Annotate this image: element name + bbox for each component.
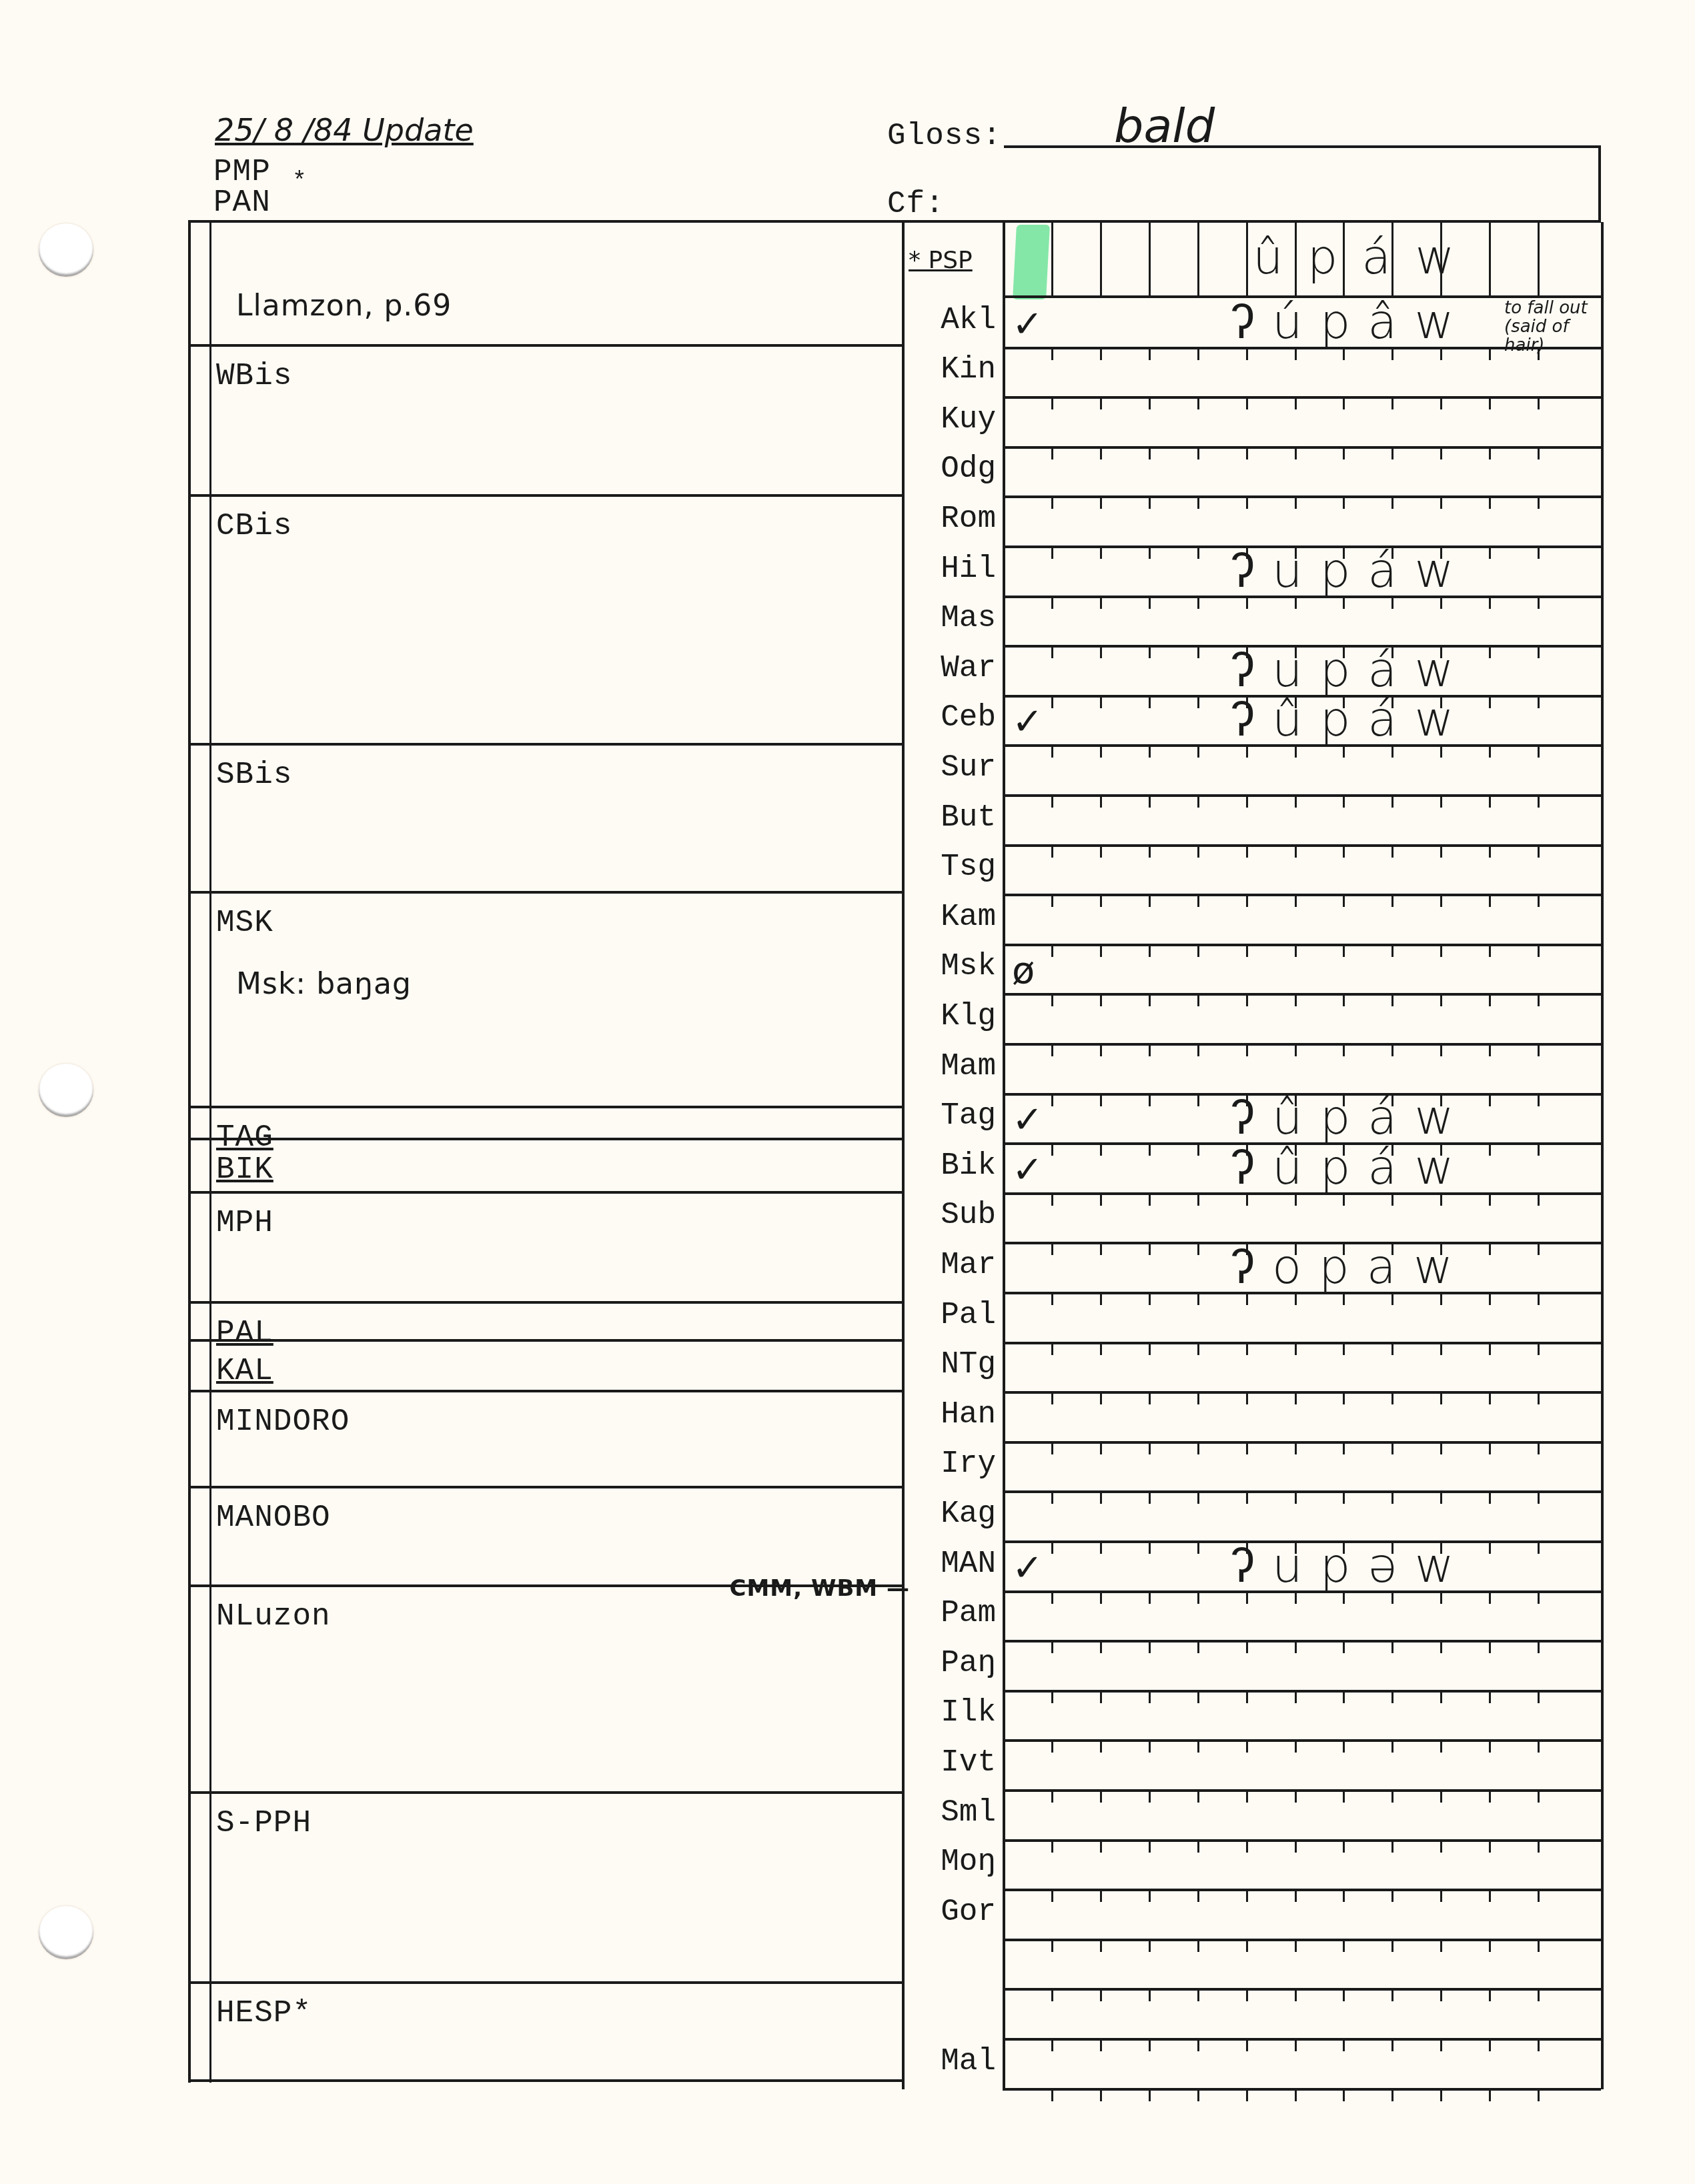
row-rule <box>1003 2038 1601 2041</box>
cell-tick <box>1489 2089 1491 2101</box>
cell-tick <box>1538 1343 1540 1355</box>
cell-tick <box>1538 1144 1540 1156</box>
row-rule <box>1003 794 1601 797</box>
cell-tick <box>1391 945 1393 957</box>
cell-tick <box>1100 547 1102 559</box>
reflex-form: ʔopaw <box>1231 1238 1470 1294</box>
cell-tick <box>1149 1841 1151 1853</box>
cell-tick <box>1051 1293 1053 1305</box>
check-mark: ✓ <box>1012 1148 1043 1192</box>
pmp-star: * <box>292 168 308 195</box>
cell-tick <box>1295 447 1297 459</box>
cell-tick <box>1051 646 1053 658</box>
cell-tick <box>1197 597 1199 609</box>
cell-tick <box>1440 1293 1442 1305</box>
cell-tick <box>1051 1144 1053 1156</box>
cell-tick <box>1246 597 1248 609</box>
cell-tick <box>1440 1442 1442 1454</box>
row-rule <box>1003 396 1601 399</box>
psp-cell-divider <box>1100 222 1102 297</box>
cell-tick <box>1343 1343 1345 1355</box>
cell-tick <box>1538 1691 1540 1703</box>
cell-tick <box>1538 895 1540 907</box>
subgroup-name: CBis <box>216 509 292 543</box>
cell-tick <box>1538 796 1540 808</box>
cell-tick <box>1100 1194 1102 1206</box>
cell-tick <box>1295 895 1297 907</box>
cell-tick <box>1391 746 1393 758</box>
cell-tick <box>1197 1094 1199 1106</box>
cell-tick <box>1538 397 1540 409</box>
cell-tick <box>1100 597 1102 609</box>
cell-tick <box>1538 994 1540 1006</box>
row-rule <box>1003 1441 1601 1444</box>
cell-tick <box>1391 1989 1393 2001</box>
cell-tick <box>1149 2039 1151 2051</box>
cell-tick <box>1246 746 1248 758</box>
language-code: War <box>941 651 996 686</box>
cell-tick <box>1295 1392 1297 1404</box>
cell-tick <box>1246 796 1248 808</box>
cell-tick <box>1489 1989 1491 2001</box>
cell-tick <box>1538 447 1540 459</box>
cell-tick <box>1391 895 1393 907</box>
subgroup-name: MANOBO <box>216 1500 331 1535</box>
cell-tick <box>1489 945 1491 957</box>
cell-tick <box>1538 1542 1540 1554</box>
cf-label: Cf: <box>887 187 945 221</box>
cell-tick <box>1149 348 1151 360</box>
cell-tick <box>1197 1243 1199 1255</box>
cell-tick <box>1343 1741 1345 1753</box>
cell-tick <box>1391 1841 1393 1853</box>
cell-tick <box>1197 1492 1199 1504</box>
cell-tick <box>1197 646 1199 658</box>
row-rule <box>1003 1839 1601 1842</box>
cell-tick <box>1246 397 1248 409</box>
cell-tick <box>1149 746 1151 758</box>
cell-tick <box>1489 1542 1491 1554</box>
cell-tick <box>1538 497 1540 509</box>
cell-tick <box>1197 1841 1199 1853</box>
cell-tick <box>1440 1791 1442 1803</box>
cell-tick <box>1149 2089 1151 2101</box>
cell-tick <box>1246 1194 1248 1206</box>
date-note-text: 25/ 8 /84 Update <box>215 112 474 148</box>
cell-tick <box>1051 1194 1053 1206</box>
subgroup-row-bik: BIK <box>191 1140 905 1194</box>
cell-tick <box>1100 846 1102 858</box>
cell-tick <box>1343 2089 1345 2101</box>
subgroup-row-cbis: CBis <box>191 497 905 746</box>
gloss-label: Gloss: <box>887 119 1002 153</box>
language-column: AklKinKuyOdgRomHilMasWarCebSurButTsgKamM… <box>902 222 1005 2089</box>
cell-tick <box>1051 2089 1053 2101</box>
cell-tick <box>1343 1392 1345 1404</box>
cell-tick <box>1343 1691 1345 1703</box>
row-rule <box>1003 1690 1601 1693</box>
cell-tick <box>1343 1940 1345 1952</box>
cell-tick <box>1489 397 1491 409</box>
cell-tick <box>1391 796 1393 808</box>
cell-tick <box>1489 1293 1491 1305</box>
cell-tick <box>1051 497 1053 509</box>
cell-tick <box>1343 1890 1345 1902</box>
reflex-form: ʔupəw <box>1231 1537 1472 1593</box>
cell-tick <box>1295 945 1297 957</box>
cell-tick <box>1100 746 1102 758</box>
cell-tick <box>1051 1343 1053 1355</box>
language-code: Han <box>941 1397 996 1432</box>
cell-tick <box>1391 1492 1393 1504</box>
cell-tick <box>1295 1442 1297 1454</box>
cell-tick <box>1149 1741 1151 1753</box>
cell-tick <box>1489 1890 1491 1902</box>
cell-tick <box>1440 447 1442 459</box>
cell-tick <box>1295 597 1297 609</box>
row-rule <box>1003 1739 1601 1742</box>
cell-tick <box>1197 1044 1199 1056</box>
row-rule <box>1003 1789 1601 1792</box>
reflex-form: ʔûpáw <box>1231 1089 1471 1145</box>
cell-tick <box>1246 1442 1248 1454</box>
cell-tick <box>1197 497 1199 509</box>
cell-tick <box>1440 945 1442 957</box>
language-code: Mar <box>941 1248 996 1282</box>
binder-hole-top <box>39 223 93 277</box>
language-code: Ilk <box>941 1695 996 1730</box>
cell-tick <box>1100 1293 1102 1305</box>
cell-tick <box>1149 1243 1151 1255</box>
cell-tick <box>1391 1293 1393 1305</box>
cell-tick <box>1538 945 1540 957</box>
cell-tick <box>1538 1841 1540 1853</box>
cell-tick <box>1295 1492 1297 1504</box>
cell-tick <box>1051 1392 1053 1404</box>
cell-tick <box>1489 1791 1491 1803</box>
cell-tick <box>1197 1293 1199 1305</box>
language-code: Ivt <box>941 1745 996 1780</box>
row-rule <box>1003 1939 1601 1941</box>
cell-tick <box>1391 2089 1393 2101</box>
cell-tick <box>1343 1841 1345 1853</box>
language-code: Sub <box>941 1198 996 1232</box>
cell-tick <box>1051 895 1053 907</box>
cell-tick <box>1538 1293 1540 1305</box>
cell-tick <box>1197 1343 1199 1355</box>
cell-tick <box>1149 1144 1151 1156</box>
cell-tick <box>1343 1442 1345 1454</box>
cell-tick <box>1100 1492 1102 1504</box>
cell-tick <box>1538 547 1540 559</box>
cell-tick <box>1391 1194 1393 1206</box>
language-code: Pam <box>941 1596 996 1630</box>
cell-tick <box>1149 1989 1151 2001</box>
pan-label: PAN <box>213 185 271 220</box>
cell-tick <box>1391 1592 1393 1604</box>
cell-tick <box>1051 2039 1053 2051</box>
cell-tick <box>1489 994 1491 1006</box>
cell-tick <box>1246 895 1248 907</box>
cell-tick <box>1343 1641 1345 1653</box>
cell-tick <box>1149 1392 1151 1404</box>
cell-tick <box>1489 1243 1491 1255</box>
cell-tick <box>1295 1890 1297 1902</box>
cell-tick <box>1440 497 1442 509</box>
cell-tick <box>1149 497 1151 509</box>
cell-tick <box>1051 1044 1053 1056</box>
cell-tick <box>1051 1442 1053 1454</box>
cell-tick <box>1100 895 1102 907</box>
cell-tick <box>1051 597 1053 609</box>
cell-tick <box>1149 1940 1151 1952</box>
cell-tick <box>1149 1094 1151 1106</box>
cell-tick <box>1489 597 1491 609</box>
cell-tick <box>1343 895 1345 907</box>
cell-tick <box>1100 1144 1102 1156</box>
cell-tick <box>1149 1791 1151 1803</box>
cell-tick <box>1391 1343 1393 1355</box>
cell-tick <box>1197 846 1199 858</box>
cell-tick <box>1489 1492 1491 1504</box>
cell-tick <box>1149 1442 1151 1454</box>
cell-tick <box>1246 1343 1248 1355</box>
cell-tick <box>1149 547 1151 559</box>
cell-tick <box>1100 994 1102 1006</box>
subgroup-name: HESP* <box>216 1996 312 2031</box>
cell-tick <box>1538 2039 1540 2051</box>
cell-tick <box>1489 1194 1491 1206</box>
cell-tick <box>1246 945 1248 957</box>
cell-tick <box>1295 1592 1297 1604</box>
language-code: Bik <box>941 1148 996 1183</box>
cell-tick <box>1343 348 1345 360</box>
cell-tick <box>1343 746 1345 758</box>
cell-tick <box>1440 1691 1442 1703</box>
cell-tick <box>1100 1741 1102 1753</box>
cell-tick <box>1343 1293 1345 1305</box>
cell-tick <box>1295 2089 1297 2101</box>
cell-tick <box>1343 1044 1345 1056</box>
cell-tick <box>1489 846 1491 858</box>
cell-tick <box>1295 796 1297 808</box>
cell-tick <box>1440 2089 1442 2101</box>
cell-tick <box>1489 1592 1491 1604</box>
cell-tick <box>1149 397 1151 409</box>
cell-tick <box>1246 1940 1248 1952</box>
cell-tick <box>1489 1144 1491 1156</box>
cell-tick <box>1246 1989 1248 2001</box>
cell-tick <box>1440 1841 1442 1853</box>
cell-tick <box>1295 1194 1297 1206</box>
check-mark: ✓ <box>1012 1098 1043 1142</box>
cell-tick <box>1246 447 1248 459</box>
cell-tick <box>1051 447 1053 459</box>
cell-tick <box>1489 646 1491 658</box>
absent-mark: ø <box>1012 949 1035 992</box>
akl-gloss-note: to fall out (said of hair) <box>1504 299 1611 355</box>
cell-tick <box>1051 746 1053 758</box>
subgroup-row-s-pph: S-PPH <box>191 1794 905 1984</box>
pmp-label: PMP <box>213 155 271 189</box>
language-code: But <box>941 800 996 835</box>
cell-tick <box>1343 397 1345 409</box>
psp-cell-divider <box>1149 222 1151 297</box>
cell-tick <box>1051 1741 1053 1753</box>
cell-tick <box>1149 1592 1151 1604</box>
row-rule <box>1003 1988 1601 1991</box>
cell-tick <box>1295 497 1297 509</box>
cell-tick <box>1391 1940 1393 1952</box>
psp-cell-divider <box>1246 222 1248 297</box>
subgroup-name: BIK <box>216 1152 273 1187</box>
cell-tick <box>1100 1343 1102 1355</box>
cell-tick <box>1440 1392 1442 1404</box>
cell-tick <box>1295 1989 1297 2001</box>
cell-tick <box>1246 348 1248 360</box>
cell-tick <box>1440 1741 1442 1753</box>
cell-tick <box>1197 746 1199 758</box>
cell-tick <box>1051 1691 1053 1703</box>
cell-tick <box>1051 1841 1053 1853</box>
cell-tick <box>1489 1094 1491 1106</box>
cell-tick <box>1440 1044 1442 1056</box>
cell-tick <box>1391 1044 1393 1056</box>
row-rule <box>1003 1889 1601 1891</box>
cell-tick <box>1246 1890 1248 1902</box>
cell-tick <box>1197 447 1199 459</box>
cell-tick <box>1343 2039 1345 2051</box>
cell-tick <box>1100 1592 1102 1604</box>
cell-tick <box>1391 447 1393 459</box>
cell-tick <box>1295 397 1297 409</box>
cell-tick <box>1051 696 1053 708</box>
cell-tick <box>1246 1791 1248 1803</box>
cell-tick <box>1246 1691 1248 1703</box>
language-code: Tsg <box>941 850 996 884</box>
cell-tick <box>1246 1592 1248 1604</box>
cell-tick <box>1149 1691 1151 1703</box>
cell-tick <box>1051 846 1053 858</box>
cell-tick <box>1489 497 1491 509</box>
cell-tick <box>1391 597 1393 609</box>
cell-tick <box>1391 497 1393 509</box>
cell-tick <box>1295 746 1297 758</box>
subgroup-row-mph: MPH <box>191 1194 905 1304</box>
cell-tick <box>1246 1741 1248 1753</box>
cell-tick <box>1343 1791 1345 1803</box>
cell-tick <box>1246 1841 1248 1853</box>
cell-tick <box>1440 1194 1442 1206</box>
row-rule <box>1003 993 1601 996</box>
subgroup-note: Msk: baŋag <box>236 967 412 1001</box>
cell-tick <box>1295 1691 1297 1703</box>
cell-tick <box>1149 846 1151 858</box>
reflex-form: ʔupáw <box>1231 542 1471 598</box>
cell-tick <box>1489 1641 1491 1653</box>
row-rule <box>1003 1490 1601 1493</box>
cell-tick <box>1440 895 1442 907</box>
cell-tick <box>1440 994 1442 1006</box>
cell-tick <box>1489 895 1491 907</box>
cell-tick <box>1197 1691 1199 1703</box>
cell-tick <box>1197 1641 1199 1653</box>
cell-tick <box>1197 1890 1199 1902</box>
cell-tick <box>1100 1841 1102 1853</box>
cell-tick <box>1197 1194 1199 1206</box>
row-rule <box>1003 1640 1601 1643</box>
subgroup-name: WBis <box>216 359 292 393</box>
cell-tick <box>1440 746 1442 758</box>
cell-tick <box>1489 1691 1491 1703</box>
language-code: Mas <box>941 601 996 636</box>
cell-tick <box>1343 1194 1345 1206</box>
cell-tick <box>1246 2089 1248 2101</box>
cell-tick <box>1440 1492 1442 1504</box>
cell-tick <box>1489 1343 1491 1355</box>
cell-tick <box>1100 646 1102 658</box>
row-rule <box>1003 2088 1601 2091</box>
cell-tick <box>1051 1492 1053 1504</box>
cell-tick <box>1343 597 1345 609</box>
cell-tick <box>1149 1343 1151 1355</box>
cell-tick <box>1051 1542 1053 1554</box>
cell-tick <box>1100 1890 1102 1902</box>
language-code: Odg <box>941 451 996 486</box>
language-code: Paŋ <box>941 1646 996 1681</box>
subgroup-panel: Llamzon, p.69WBisCBisSBisMSKMsk: baŋagTA… <box>188 222 905 2083</box>
cell-tick <box>1051 1641 1053 1653</box>
cell-tick <box>1100 2089 1102 2101</box>
reflex-form: ʔúpâw <box>1231 293 1471 349</box>
language-code: Gor <box>941 1895 996 1929</box>
language-code: Kam <box>941 900 996 934</box>
psp-cell-divider <box>1051 222 1053 297</box>
language-code: Moŋ <box>941 1845 996 1879</box>
cell-tick <box>1149 945 1151 957</box>
cell-tick <box>1100 696 1102 708</box>
cell-tick <box>1489 348 1491 360</box>
cell-tick <box>1197 1791 1199 1803</box>
language-code: MAN <box>941 1546 996 1581</box>
language-code: Klg <box>941 999 996 1034</box>
cell-tick <box>1100 497 1102 509</box>
cell-tick <box>1538 1492 1540 1504</box>
psp-cell-divider <box>1489 222 1491 297</box>
cell-tick <box>1100 1940 1102 1952</box>
cell-tick <box>1440 1641 1442 1653</box>
cell-tick <box>1100 1392 1102 1404</box>
cell-tick <box>1246 497 1248 509</box>
cell-tick <box>1100 1641 1102 1653</box>
cell-tick <box>1246 1392 1248 1404</box>
cell-tick <box>1197 895 1199 907</box>
cell-tick <box>1197 1592 1199 1604</box>
language-code: Hil <box>941 552 996 586</box>
cell-tick <box>1440 846 1442 858</box>
cell-tick <box>1489 1392 1491 1404</box>
cell-tick <box>1149 796 1151 808</box>
cell-tick <box>1051 348 1053 360</box>
cell-tick <box>1149 1890 1151 1902</box>
subgroup-row-hesp*: HESP* <box>191 1984 905 2082</box>
cell-tick <box>1343 1989 1345 2001</box>
cell-tick <box>1197 348 1199 360</box>
cell-tick <box>1538 1392 1540 1404</box>
cell-tick <box>1538 1442 1540 1454</box>
cell-tick <box>1295 1044 1297 1056</box>
cell-tick <box>1100 397 1102 409</box>
